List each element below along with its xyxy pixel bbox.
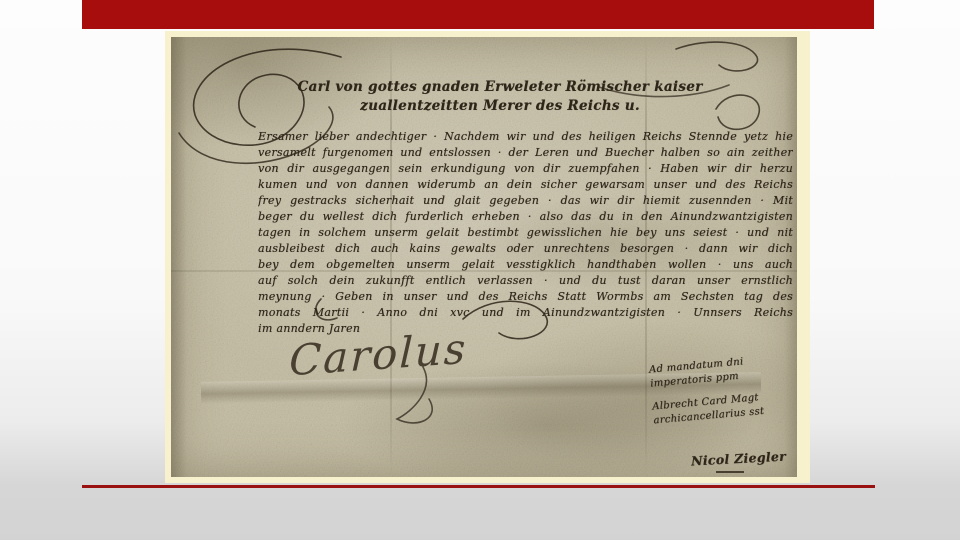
manuscript-body: Ersamer lieber andechtiger · Nachdem wir… <box>258 129 793 337</box>
manuscript-body-line: bey dem obgemelten unserm gelait vesstig… <box>258 257 793 273</box>
top-accent-bar <box>82 0 874 29</box>
manuscript-body-line: ausbleibest dich auch kains gewalts oder… <box>258 241 793 257</box>
manuscript-body-line: versamelt furgenomen und entslossen · de… <box>258 145 793 161</box>
manuscript-body-line: monats Martii · Anno dni xvc und im Ainu… <box>258 305 793 321</box>
secretary-note: Ad mandatum dni imperatoris ppm Albrecht… <box>648 351 797 428</box>
countersignature-paraph <box>716 471 744 473</box>
manuscript-header: Carl von gottes gnaden Erweleter Römisch… <box>290 78 710 116</box>
document-photo-mount: Carl von gottes gnaden Erweleter Römisch… <box>165 31 810 483</box>
manuscript-photo: Carl von gottes gnaden Erweleter Römisch… <box>171 37 797 477</box>
manuscript-body-line: Ersamer lieber andechtiger · Nachdem wir… <box>258 129 793 145</box>
manuscript-body-line: frey gestracks sicherhait und glait gege… <box>258 193 793 209</box>
manuscript-body-line: tagen in solchem unserm gelait bestimbt … <box>258 225 793 241</box>
manuscript-header-line-1: Carl von gottes gnaden Erweleter Römisch… <box>290 78 710 97</box>
manuscript-body-line: auf solch dein zukunfft entlich verlasse… <box>258 273 793 289</box>
manuscript-body-line: kumen und von dannen widerumb an dein si… <box>258 177 793 193</box>
manuscript-body-line: meynung · Geben in unser und des Reichs … <box>258 289 793 305</box>
manuscript-body-line: beger du wellest dich furderlich erheben… <box>258 209 793 225</box>
manuscript-header-line-2: zuallentzeitten Merer des Reichs u. <box>290 97 710 116</box>
bottom-accent-line <box>82 485 875 488</box>
manuscript-body-line: von dir ausgegangen sein erkundigung von… <box>258 161 793 177</box>
